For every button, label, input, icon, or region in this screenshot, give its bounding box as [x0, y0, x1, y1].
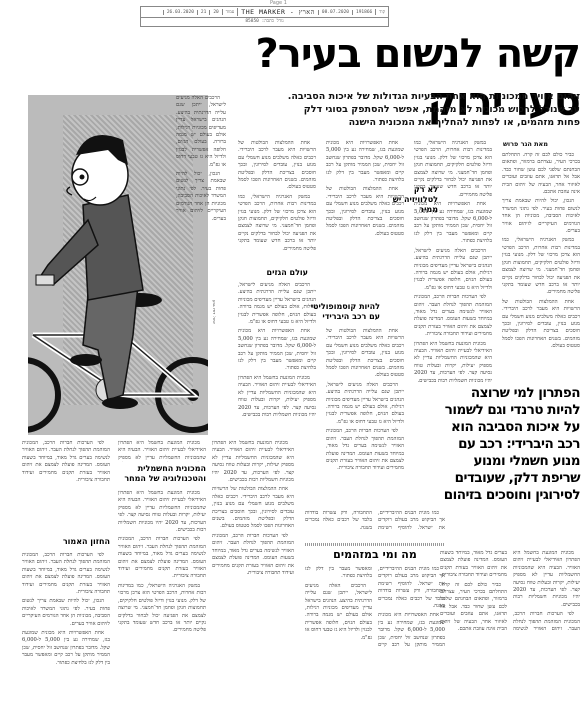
paragraph: מכונית המונעת בחשמל היא הפתרון האידיאלי …	[118, 440, 206, 462]
column-3b: אחת ההמלצות הבולטות של הרשויות היא מעבר …	[326, 328, 404, 508]
paragraph: לפי הערכות חברות הרכב, המכונית המזהמת תה…	[22, 552, 110, 596]
paragraph: כביר כולם לכם זה קרה. התחלתם בכרכי העיר,…	[440, 582, 507, 634]
subhead-vision: החזון האמור	[22, 537, 110, 547]
paragraph: מכונית המונעת בחשמל היא הפתרון האידיאלי …	[238, 375, 316, 419]
column-6: מכונית המונעת בחשמל היא הפתרון האידיאלי …	[212, 440, 294, 720]
code-value: 191866	[352, 10, 375, 15]
paragraph: אחת ההמלצות הבולטות של הרשויות היא מעבר …	[326, 328, 404, 380]
paragraph: מכונית המונעת בחשמל היא הפתרון האידיאלי …	[212, 440, 294, 484]
paragraph: לפי הערכות חברות הרכב, המכונית המזהמת תה…	[326, 428, 404, 472]
paragraph: במשק האנרגיה הישראלי, כמו במדינות רבות א…	[118, 583, 206, 635]
paragraph: אחת האפשרויות היא מכונית שמונעת בגז, שמח…	[22, 630, 110, 667]
clipping-header: קוד 191866 08.07.2020 הארץ - THE MARKER …	[140, 6, 389, 27]
column-7: מכונית המונעת בחשמל היא הפתרון האידיאלי …	[118, 490, 206, 720]
paragraph: אחת ההמלצות הבולטות של הרשויות היא מעבר …	[326, 186, 404, 238]
paragraph: הנכון, יכול להיות שבאמת צריך לנשום פחות …	[22, 598, 110, 628]
paragraph: הרכבים האלה מגיעים לישראל, ייתכן שגם עלי…	[176, 95, 226, 169]
column-1: כביר כולם לכם זה קרה. התחלתם בכרכי העיר,…	[502, 152, 580, 382]
subhead-electric: המכונית החשמלית והטכנולוגיה של המחר	[118, 464, 206, 484]
paragraph: במשק האנרגיה הישראלי, כמו במדינות רבות א…	[502, 237, 580, 296]
paragraph: הרכבים האלה מגיעים לישראל, ייתכן שגם עלי…	[305, 583, 372, 642]
paragraph: הרכבים האלה מגיעים לישראל, ייתכן שגם עלי…	[238, 282, 316, 326]
column-7-top: מכונית המונעת בחשמל היא הפתרון האידיאלי …	[118, 440, 206, 462]
date-right: 08.07.2020	[318, 10, 352, 15]
num1: 21	[197, 10, 209, 15]
paragraph: אחת ההמלצות הבולטות של הרשויות היא מעבר …	[212, 486, 294, 530]
paragraph: מכונית המונעת בחשמל היא הפתרון האידיאלי …	[118, 490, 206, 534]
paragraph: כביר כולם לכם זה קרה. התחלתם בכרכי העיר,…	[502, 152, 580, 196]
column-1b: מכונית המונעת בחשמל היא הפתרון האידיאלי …	[440, 550, 580, 720]
column-8: לפי הערכות חברות הרכב, המכונית המזהמת תה…	[22, 552, 110, 722]
byline: מאת הגר פרוש	[503, 140, 548, 148]
column-3: אחת האפשרויות היא מכונית שמונעת בגז, שמח…	[326, 140, 404, 300]
paragraph: כמו מונית הבנים ההיברידיים, אך הביקוש מר…	[378, 566, 445, 610]
paragraph: מכונית המונעת בחשמל היא הפתרון האידיאלי …	[513, 550, 580, 609]
subheadline: זיהום אוויר ממכוניות הוא אחת הבעיות הגדו…	[280, 90, 580, 129]
column-8-top: לפי הערכות חברות הרכב, המכונית המזהמת תה…	[22, 440, 110, 535]
paragraph: במשק האנרגיה הישראלי, כמו במדינות רבות א…	[238, 194, 316, 253]
paragraph: הרכבים האלה מגיעים לישראל, ייתכן שגם עלי…	[414, 248, 492, 292]
paragraph: אחת ההמלצות הבולטות של הרשויות היא מעבר …	[502, 299, 580, 351]
page-label: עמוד	[222, 9, 238, 15]
paragraph: הנכון, יכול להיות שבאמת צריך לנשום פחות …	[502, 198, 580, 235]
column-4: אחת ההמלצות הבולטות של הרשויות היא מעבר …	[238, 140, 316, 260]
paragraph: אחת האפשרויות היא מכונית שמונעת בגז, שמח…	[326, 140, 404, 184]
paragraph: לפי הערכות חברות הרכב, המכונית המזהמת תה…	[118, 536, 206, 580]
header-row2: גודל כתבה: 85850	[141, 18, 388, 26]
code-label: קוד	[375, 9, 388, 15]
box-divider	[305, 543, 445, 546]
paragraph: אחת ההמלצות הבולטות של הרשויות היא מעבר …	[238, 140, 316, 192]
pull-quote: הפתרון למי שרוצה להיות טרנדי וגם לשמור ע…	[440, 385, 580, 504]
box-title: מה ומי במזהמים	[305, 548, 445, 561]
paragraph: כמו מונית הבנים ההיברידיים, אך הביקוש מר…	[305, 510, 445, 533]
column-5: הרכבים האלה מגיעים לישראל, ייתכן שגם עלי…	[176, 95, 226, 275]
illustration-credit: איור: דודו גבע	[212, 300, 217, 324]
paragraph: לפי הערכות חברות הרכב, המכונית המזהמת תה…	[212, 533, 294, 577]
paragraph: לפי הערכות חברות הרכב, המכונית המזהמת תה…	[22, 440, 110, 484]
paragraph: הרכבים האלה מגיעים לישראל, ייתכן שגם עלי…	[326, 382, 404, 426]
box-top-text: כמו מונית הבנים ההיברידיים, אך הביקוש מר…	[305, 510, 445, 542]
box-body: כמו מונית הבנים ההיברידיים, אך הביקוש מר…	[305, 566, 445, 721]
paragraph: מכונית המונעת בחשמל היא הפתרון האידיאלי …	[414, 341, 492, 385]
subhead-gas-world: עולם הגזים	[238, 268, 308, 278]
date-left: 26.03.2020	[163, 10, 197, 15]
paragraph: לפי הערכות חברות הרכב, המכונית המזהמת תה…	[414, 294, 492, 338]
paragraph: אחת האפשרויות היא מכונית שמונעת בגז, שמח…	[238, 328, 316, 372]
paragraph: הנכון, יכול להיות שבאמת צריך לנשום פחות …	[176, 171, 226, 223]
masthead: הארץ - THE MARKER	[237, 8, 318, 16]
page-num: 20	[209, 10, 221, 15]
